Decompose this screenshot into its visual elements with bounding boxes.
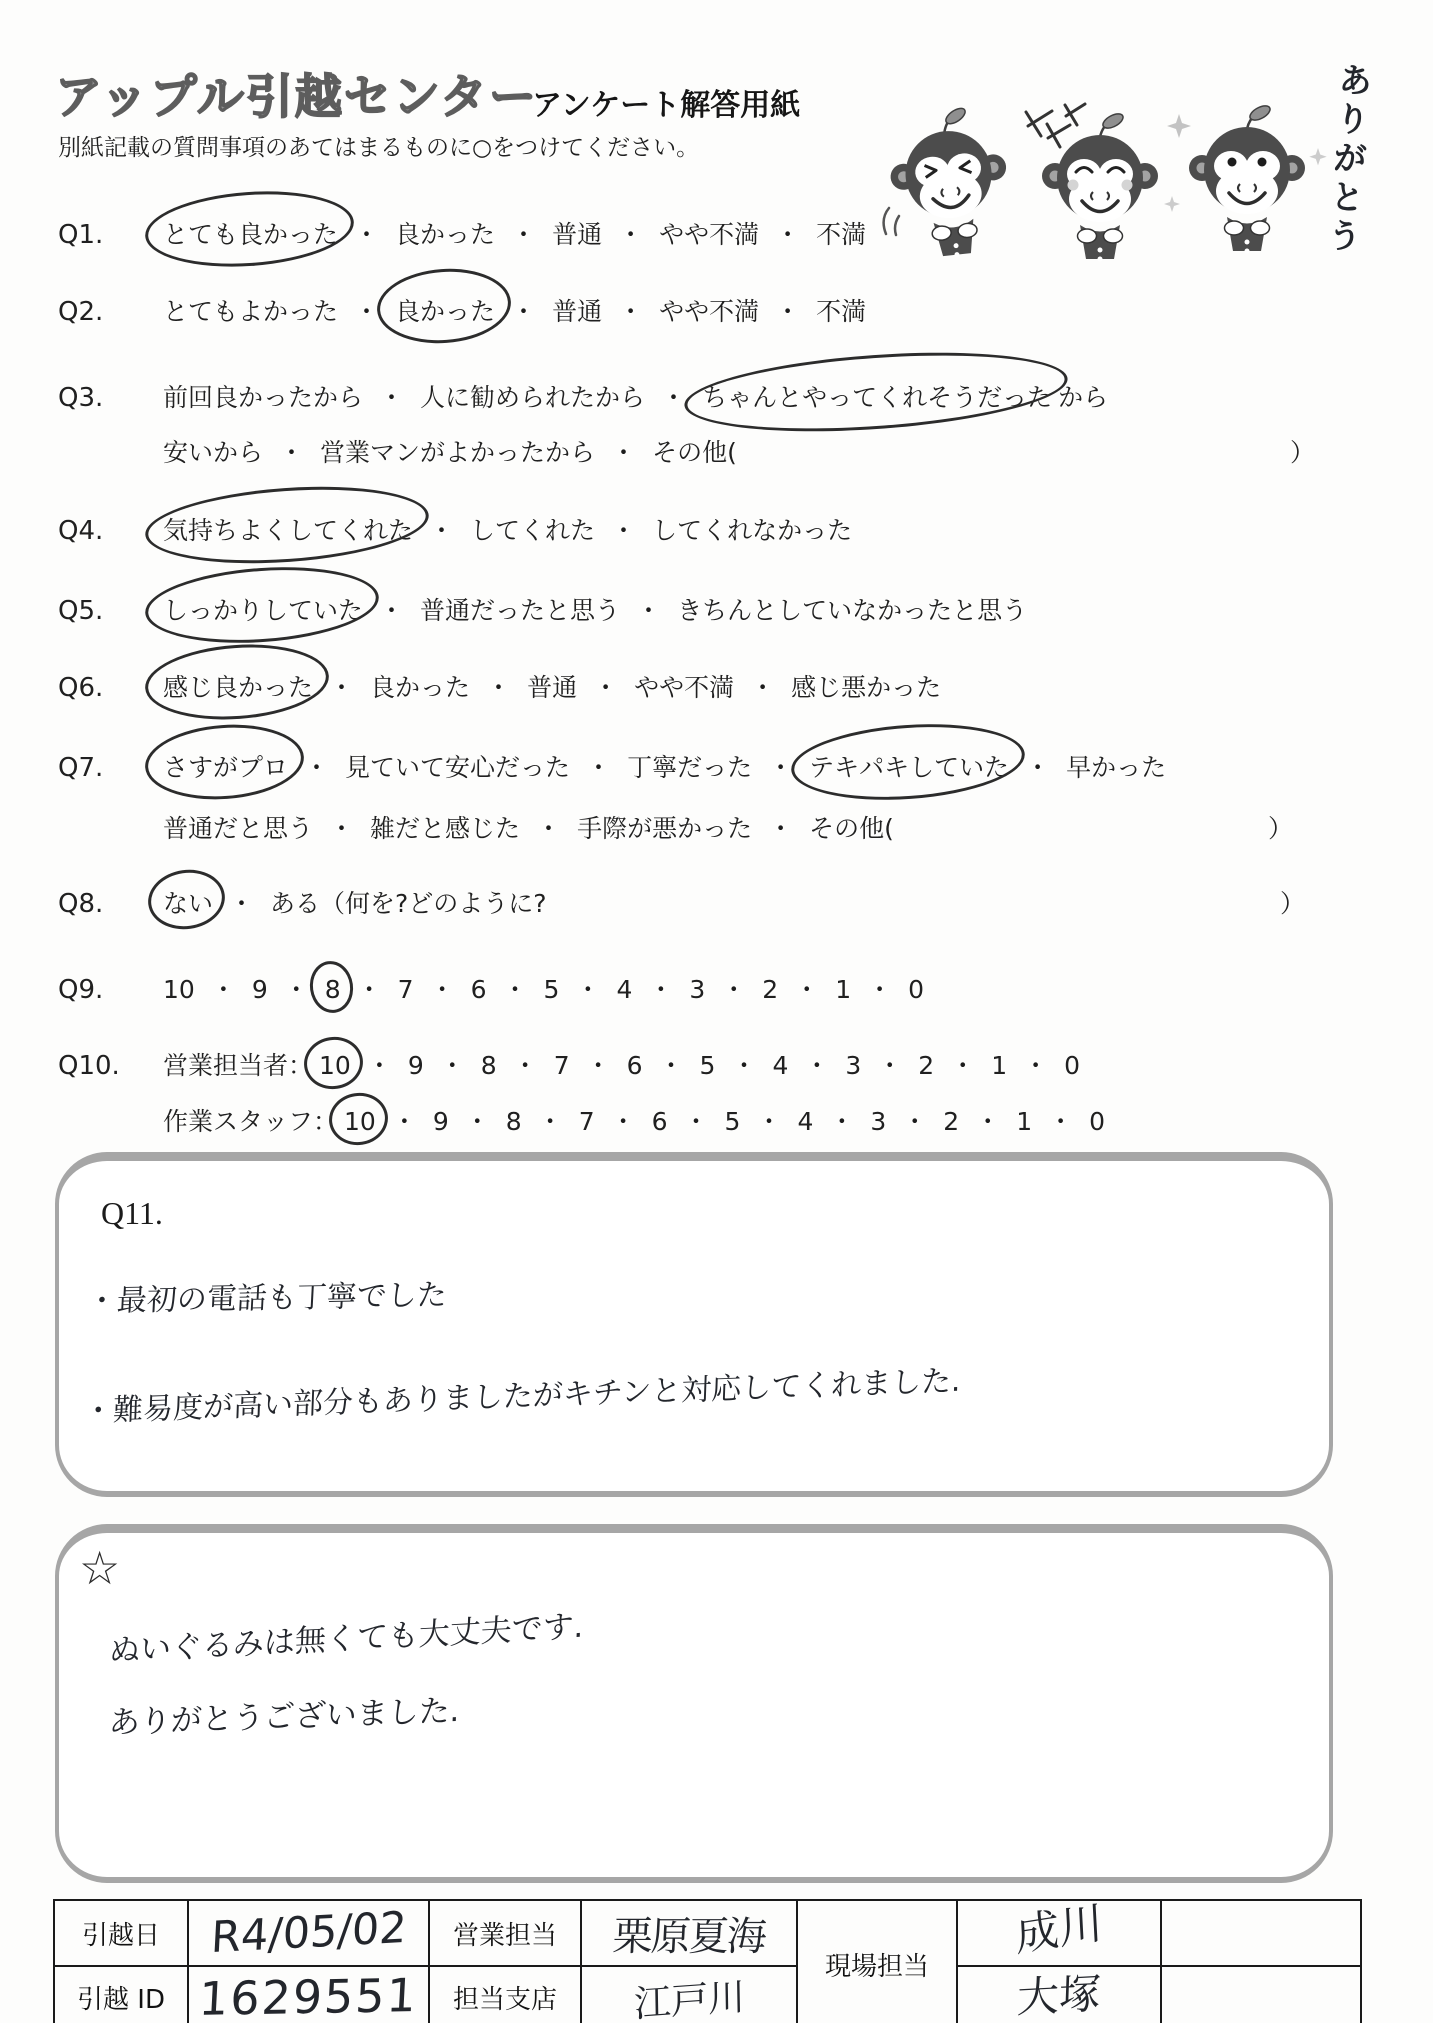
page-title: アンケート解答用紙	[532, 80, 800, 124]
option-separator: ・	[329, 814, 354, 843]
option[interactable]: 7	[395, 975, 417, 1004]
handwritten-circle-mark	[143, 720, 307, 805]
option[interactable]: 3	[842, 1051, 864, 1080]
field-staff-cell-1: 成川	[957, 1900, 1161, 1966]
close-paren: ）	[1290, 433, 1315, 469]
option-separator: ・	[775, 297, 800, 326]
option[interactable]: 見ていて安心だった	[342, 748, 573, 784]
option-separator: ・	[430, 975, 455, 1004]
option-separator: ・	[593, 673, 618, 702]
option[interactable]: その他(	[649, 433, 740, 469]
question-row-q5: Q5.しっかりしていた・普通だったと思う・きちんとしていなかったと思う	[58, 591, 1030, 625]
option-separator: ・	[354, 220, 379, 249]
option-separator: ・	[304, 753, 329, 782]
q11-label: Q11.	[101, 1195, 163, 1232]
question-label-q5: Q5.	[58, 596, 160, 626]
option-separator: ・	[794, 975, 819, 1004]
table-row: 引越日 R4/05/02 営業担当 栗原夏海 現場担当 成川	[54, 1900, 1361, 1966]
option[interactable]: 7	[576, 1107, 598, 1136]
option-separator: ・	[229, 889, 254, 918]
instruction-text: 別紙記載の質問事項のあてはまるものに○をつけてください。	[58, 129, 699, 162]
handwritten-circle-mark	[143, 560, 382, 650]
option[interactable]: やや不満	[656, 215, 762, 251]
sparkle-diamond-2	[1309, 148, 1326, 165]
option-separator: ・	[440, 1051, 465, 1080]
handwritten-circle-mark	[375, 264, 514, 347]
option[interactable]: 普通だったと思う	[417, 591, 623, 627]
option[interactable]: 6	[649, 1107, 671, 1136]
star-comment-box: ☆ ぬいぐるみは無くても大丈夫です. ありがとうございました.	[55, 1524, 1333, 1883]
option[interactable]: 8	[478, 1051, 500, 1080]
option-separator: ・	[950, 1051, 975, 1080]
option-circled[interactable]: さすがプロ	[160, 748, 291, 784]
option[interactable]: してくれた	[467, 511, 598, 547]
question-row-q1: Q1.とても良かった・良かった・普通・やや不満・不満	[58, 215, 869, 249]
option[interactable]: 営業マンがよかったから	[317, 433, 598, 469]
option-separator: ・	[392, 1107, 417, 1136]
sales-rep-label: 営業担当	[429, 1900, 581, 1966]
star-handwritten-comment-2: ありがとうございました.	[108, 1685, 461, 1742]
option-separator: ・	[465, 1107, 490, 1136]
motion-lines	[884, 208, 899, 235]
option-separator: ・	[618, 220, 643, 249]
question-row-q8: Q8.ない・ある（何を?どのように?）	[58, 884, 550, 918]
option[interactable]: きちんとしていなかったと思う	[674, 591, 1030, 627]
option-separator: ・	[756, 1107, 781, 1136]
close-paren: ）	[1280, 884, 1305, 920]
option-circled[interactable]: ちゃんとやってくれそうだった	[699, 378, 1055, 414]
option[interactable]: してくれなかった	[649, 511, 855, 547]
option[interactable]: 9	[405, 1051, 427, 1080]
option[interactable]: 5	[541, 975, 563, 1004]
sparkle-diamond-3	[1164, 196, 1180, 212]
option-separator: ・	[575, 975, 600, 1004]
option[interactable]: 良かった	[392, 215, 498, 251]
q11-comment-box: Q11. ・最初の電話も丁寧でした ・難易度が高い部分もありましたがキチンと対応…	[55, 1152, 1333, 1497]
survey-sheet: アップル引越センター アンケート解答用紙 別紙記載の質問事項のあてはまるものに○…	[0, 0, 1433, 2023]
option[interactable]: 普通	[549, 292, 605, 328]
question-label-q3: Q3.	[58, 383, 160, 413]
question-label-q7: Q7.	[58, 753, 160, 783]
option[interactable]: 作業スタッフ：	[160, 1102, 341, 1138]
option-separator: ・	[329, 673, 354, 702]
close-paren: ）	[1268, 809, 1293, 845]
option[interactable]: 早かった	[1063, 748, 1169, 784]
handwritten-circle-mark	[789, 717, 1028, 807]
monkey-open-eyes	[1189, 103, 1305, 254]
option-separator: ・	[429, 516, 454, 545]
option-separator: ・	[721, 975, 746, 1004]
option[interactable]: 雑だと感じた	[367, 809, 523, 845]
option[interactable]: 2	[940, 1107, 962, 1136]
option-separator: ・	[357, 975, 382, 1004]
option-separator: ・	[511, 220, 536, 249]
question-label-q1: Q1.	[58, 220, 160, 250]
handwritten-circle-mark	[143, 639, 332, 726]
option[interactable]: 0	[1086, 1107, 1108, 1136]
option[interactable]: 良かった	[367, 668, 473, 704]
option[interactable]: 4	[794, 1107, 816, 1136]
option-circled[interactable]: 良かった	[392, 292, 498, 328]
move-id-label: 引越 ID	[54, 1966, 188, 2023]
branch-label: 担当支店	[429, 1966, 581, 2023]
option-circled[interactable]: 気持ちよくしてくれた	[160, 511, 416, 547]
option-circled[interactable]: しっかりしていた	[160, 591, 366, 627]
question-row-q7-line2: 普通だと思う・雑だと感じた・手際が悪かった・その他(）	[58, 809, 897, 843]
question-label-q6: Q6.	[58, 673, 160, 703]
option[interactable]: 6	[624, 1051, 646, 1080]
option[interactable]: 8	[503, 1107, 525, 1136]
option[interactable]: 0	[905, 975, 927, 1004]
monkey-mascots-illustration	[882, 96, 1327, 274]
option-separator: ・	[503, 975, 528, 1004]
option[interactable]: 手際が悪かった	[574, 809, 755, 845]
option-circled[interactable]: とても良かった	[160, 215, 341, 251]
option-circled[interactable]: 10	[316, 1051, 354, 1080]
option[interactable]: 4	[769, 1051, 791, 1080]
move-id-value: 1629551	[198, 1968, 420, 2023]
option[interactable]: 3	[867, 1107, 889, 1136]
q11-handwritten-comment-1: ・最初の電話も丁寧でした	[86, 1270, 448, 1320]
handwritten-circle-mark	[143, 478, 431, 572]
option[interactable]: 1	[832, 975, 854, 1004]
option[interactable]: 9	[249, 975, 271, 1004]
option-separator: ・	[877, 1051, 902, 1080]
option[interactable]: 営業担当者：	[160, 1046, 316, 1082]
footer-table: 引越日 R4/05/02 営業担当 栗原夏海 現場担当 成川 引越 ID 162…	[53, 1899, 1362, 2023]
option-separator: ・	[511, 297, 536, 326]
move-id-cell: 1629551	[188, 1966, 429, 2023]
table-row: 引越 ID 1629551 担当支店 江戸川 大塚	[54, 1966, 1361, 2023]
option-separator: ・	[750, 673, 775, 702]
option[interactable]: 2	[759, 975, 781, 1004]
question-label-q9: Q9.	[58, 975, 160, 1005]
option-separator: ・	[379, 596, 404, 625]
option-separator: ・	[804, 1051, 829, 1080]
handwritten-circle-mark	[306, 958, 356, 1015]
option-separator: ・	[211, 975, 236, 1004]
option[interactable]: 不満	[813, 292, 869, 328]
question-label-q2: Q2.	[58, 297, 160, 327]
option[interactable]: 5	[697, 1051, 719, 1080]
option-separator: ・	[367, 1051, 392, 1080]
option[interactable]: 感じ悪かった	[788, 668, 944, 704]
question-label-q8: Q8.	[58, 889, 160, 919]
option[interactable]: 4	[613, 975, 635, 1004]
option-separator: ・	[902, 1107, 927, 1136]
option-separator: ・	[354, 297, 379, 326]
option-separator: ・	[611, 516, 636, 545]
option[interactable]: 丁寧だった	[624, 748, 755, 784]
monkey-winking	[884, 101, 1015, 263]
question-row-q10: Q10.営業担当者：10・9・8・7・6・5・4・3・2・1・0	[58, 1046, 1083, 1080]
field-staff-2: 大塚	[1016, 1961, 1102, 2023]
question-row-q3-line2: 安いから・営業マンがよかったから・その他(）	[58, 433, 740, 467]
option[interactable]: 安いから	[160, 433, 266, 469]
option[interactable]: 1	[1013, 1107, 1035, 1136]
option-separator: ・	[379, 383, 404, 412]
field-staff-1: 成川	[1014, 1886, 1104, 1964]
option-separator: ・	[1023, 1051, 1048, 1080]
field-staff-cell-2: 大塚	[957, 1966, 1161, 2023]
option[interactable]: 7	[551, 1051, 573, 1080]
option[interactable]: 9	[430, 1107, 452, 1136]
option[interactable]: やや不満	[631, 668, 737, 704]
sales-rep-value: 栗原夏海	[612, 1905, 767, 1962]
option-separator: ・	[611, 1107, 636, 1136]
option-separator: ・	[279, 438, 304, 467]
option[interactable]: ある（何を?どのように?	[267, 884, 550, 920]
option-separator: ・	[486, 673, 511, 702]
option-circled[interactable]: 8	[322, 975, 344, 1004]
option-separator: ・	[867, 975, 892, 1004]
question-row-q6: Q6.感じ良かった・良かった・普通・やや不満・感じ悪かった	[58, 668, 944, 702]
sparkle-diamond-1	[1167, 114, 1191, 138]
option-separator: ・	[648, 975, 673, 1004]
option[interactable]: 普通	[549, 215, 605, 251]
sales-rep-cell: 栗原夏海	[581, 1900, 797, 1966]
option-separator: ・	[731, 1051, 756, 1080]
option[interactable]: 前回良かったから	[160, 378, 366, 414]
option-separator: ・	[768, 753, 793, 782]
option-separator: ・	[513, 1051, 538, 1080]
question-row-q4: Q4.気持ちよくしてくれた・してくれた・してくれなかった	[58, 511, 855, 545]
star-icon: ☆	[79, 1541, 120, 1595]
field-staff-label: 現場担当	[797, 1900, 957, 2023]
option-separator: ・	[768, 814, 793, 843]
question-label-q4: Q4.	[58, 516, 160, 546]
option-separator: ・	[829, 1107, 854, 1136]
question-row-q10-line2: 作業スタッフ：10・9・8・7・6・5・4・3・2・1・0	[58, 1102, 1108, 1136]
option[interactable]: 不満	[813, 215, 869, 251]
option[interactable]: やや不満	[656, 292, 762, 328]
empty-cell	[1161, 1900, 1361, 1966]
option-separator: ・	[975, 1107, 1000, 1136]
option[interactable]: その他(	[806, 809, 897, 845]
option[interactable]: 0	[1061, 1051, 1083, 1080]
option[interactable]: 1	[988, 1051, 1010, 1080]
option-separator: ・	[586, 753, 611, 782]
option[interactable]: 10	[160, 975, 198, 1004]
sparkle-crosses	[1026, 104, 1085, 147]
option-separator: ・	[659, 1051, 684, 1080]
option-separator: ・	[1025, 753, 1050, 782]
option-separator: ・	[775, 220, 800, 249]
move-date-cell: R4/05/02	[188, 1900, 429, 1966]
option[interactable]: 5	[722, 1107, 744, 1136]
handwritten-circle-mark	[682, 342, 1070, 443]
option-separator: ・	[586, 1051, 611, 1080]
option[interactable]: 普通だと思う	[160, 809, 316, 845]
option-separator: ・	[284, 975, 309, 1004]
option[interactable]: 2	[915, 1051, 937, 1080]
option-separator: ・	[611, 438, 636, 467]
company-logo: アップル引越センター	[55, 60, 538, 127]
question-row-q9: Q9.10・9・8・7・6・5・4・3・2・1・0	[58, 970, 927, 1004]
option-separator: ・	[536, 814, 561, 843]
option-separator: ・	[636, 596, 661, 625]
question-row-q2: Q2.とてもよかった・良かった・普通・やや不満・不満	[58, 292, 869, 326]
option-separator: ・	[661, 383, 686, 412]
option[interactable]: 人に勧められたから	[417, 378, 648, 414]
q11-handwritten-comment-2: ・難易度が高い部分もありましたがキチンと対応してくれました.	[82, 1356, 961, 1431]
question-row-q3: Q3.前回良かったから・人に勧められたから・ちゃんとやってくれそうだったから	[58, 378, 1111, 412]
option[interactable]: とてもよかった	[160, 292, 341, 328]
option-circled[interactable]: ない	[160, 884, 216, 920]
option[interactable]: 6	[468, 975, 490, 1004]
option-separator: ・	[1048, 1107, 1073, 1136]
move-date-value: R4/05/02	[209, 1903, 407, 1963]
monkey-smiling	[1042, 111, 1158, 262]
option[interactable]: 3	[686, 975, 708, 1004]
option-circled[interactable]: 10	[341, 1107, 379, 1136]
question-label-q10: Q10.	[58, 1051, 160, 1081]
question-row-q7: Q7.さすがプロ・見ていて安心だった・丁寧だった・テキパキしていた・早かった	[58, 748, 1169, 782]
branch-cell: 江戸川	[581, 1966, 797, 2023]
empty-cell	[1161, 1966, 1361, 2023]
option-circled[interactable]: 感じ良かった	[160, 668, 316, 704]
option-circled[interactable]: テキパキしていた	[806, 748, 1012, 784]
option-separator: ・	[684, 1107, 709, 1136]
option-separator: ・	[538, 1107, 563, 1136]
handwritten-circle-mark	[143, 185, 357, 273]
option-separator: ・	[618, 297, 643, 326]
move-date-label: 引越日	[54, 1900, 188, 1966]
branch-value: 江戸川	[633, 1966, 745, 2023]
option[interactable]: 普通	[524, 668, 580, 704]
star-handwritten-comment-1: ぬいぐるみは無くても大丈夫です.	[109, 1601, 585, 1671]
option[interactable]: から	[1055, 378, 1111, 414]
